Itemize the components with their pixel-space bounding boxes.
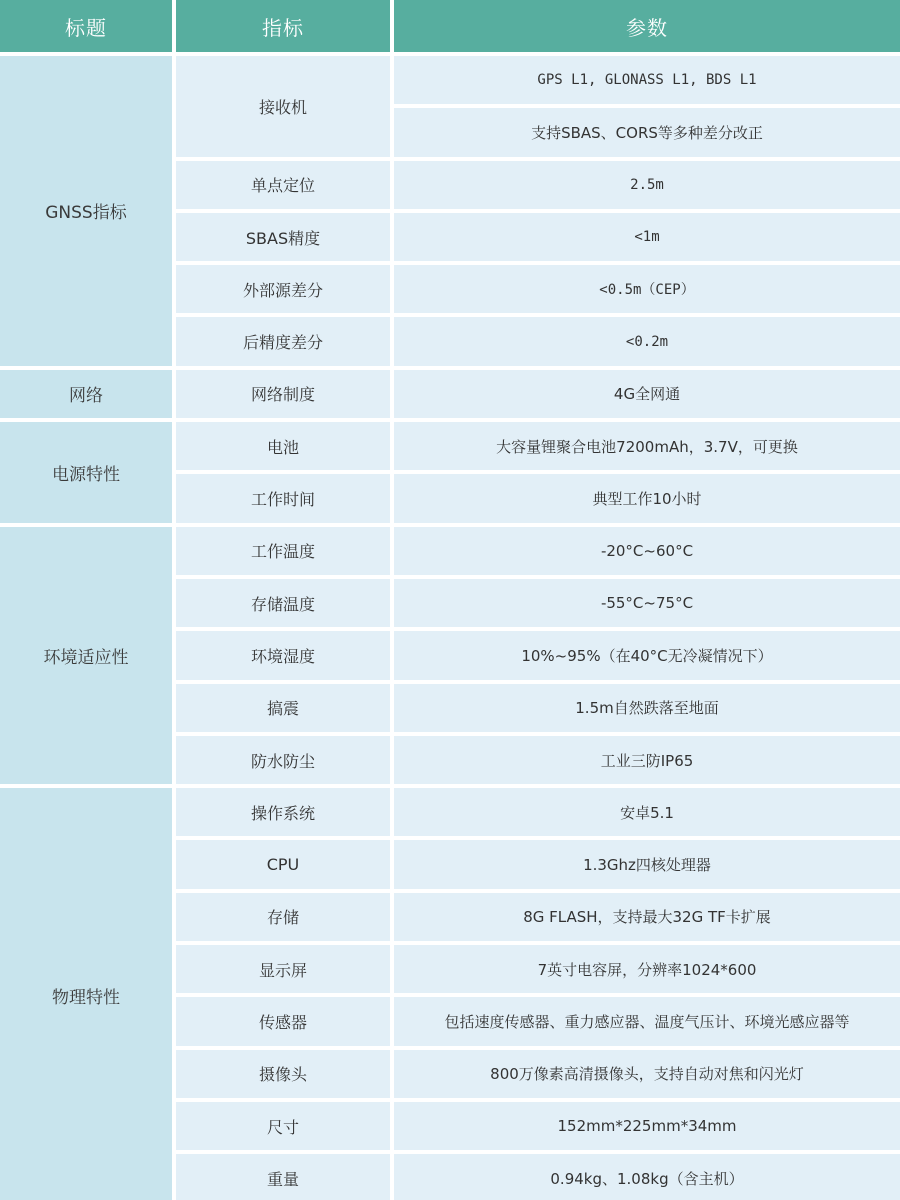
indicator-display: 显示屏: [176, 945, 390, 993]
indicator-storage: 存储: [176, 893, 390, 941]
indicator-dimensions: 尺寸: [176, 1102, 390, 1150]
value-receiver-bands: GPS L1, GLONASS L1, BDS L1: [394, 56, 900, 104]
value-dimensions: 152mm*225mm*34mm: [394, 1102, 900, 1150]
value-operating-temp: -20°C~60°C: [394, 527, 900, 575]
value-external-diff: <0.5m（CEP）: [394, 265, 900, 313]
indicator-sbas: SBAS精度: [176, 213, 390, 261]
value-os: 安卓5.1: [394, 788, 900, 836]
indicator-receiver: 接收机: [176, 56, 390, 157]
value-sbas: <1m: [394, 213, 900, 261]
value-network: 4G全网通: [394, 370, 900, 418]
spec-table: 标题 指标 参数 GNSS指标 网络 电源特性 环境适应性 物理特性 接收机 G…: [0, 0, 900, 1200]
value-cpu: 1.3Ghz四核处理器: [394, 840, 900, 888]
header-indicator: 指标: [176, 0, 390, 52]
category-physical: 物理特性: [0, 788, 172, 1200]
indicator-os: 操作系统: [176, 788, 390, 836]
indicator-waterproof: 防水防尘: [176, 736, 390, 784]
indicator-external-diff: 外部源差分: [176, 265, 390, 313]
header-parameter: 参数: [394, 0, 900, 52]
indicator-camera: 摄像头: [176, 1050, 390, 1098]
indicator-work-time: 工作时间: [176, 474, 390, 522]
value-single-point: 2.5m: [394, 161, 900, 209]
indicator-shock: 搞震: [176, 684, 390, 732]
value-camera: 800万像素高清摄像头，支持自动对焦和闪光灯: [394, 1050, 900, 1098]
value-waterproof: 工业三防IP65: [394, 736, 900, 784]
value-post-diff: <0.2m: [394, 317, 900, 365]
indicator-single-point: 单点定位: [176, 161, 390, 209]
value-work-time: 典型工作10小时: [394, 474, 900, 522]
indicator-operating-temp: 工作温度: [176, 527, 390, 575]
value-weight: 0.94kg、1.08kg（含主机）: [394, 1154, 900, 1200]
value-storage-temp: -55°C~75°C: [394, 579, 900, 627]
indicator-humidity: 环境湿度: [176, 631, 390, 679]
indicator-weight: 重量: [176, 1154, 390, 1200]
value-display: 7英寸电容屏，分辨率1024*600: [394, 945, 900, 993]
value-battery: 大容量锂聚合电池7200mAh，3.7V，可更换: [394, 422, 900, 470]
indicator-battery: 电池: [176, 422, 390, 470]
value-humidity: 10%~95%（在40°C无冷凝情况下）: [394, 631, 900, 679]
category-environment: 环境适应性: [0, 527, 172, 784]
value-storage: 8G FLASH，支持最大32G TF卡扩展: [394, 893, 900, 941]
indicator-cpu: CPU: [176, 840, 390, 888]
category-network: 网络: [0, 370, 172, 418]
indicator-network: 网络制度: [176, 370, 390, 418]
indicator-post-diff: 后精度差分: [176, 317, 390, 365]
indicator-sensors: 传感器: [176, 997, 390, 1045]
category-gnss: GNSS指标: [0, 56, 172, 366]
value-shock: 1.5m自然跌落至地面: [394, 684, 900, 732]
value-receiver-correction: 支持SBAS、CORS等多种差分改正: [394, 108, 900, 156]
category-power: 电源特性: [0, 422, 172, 523]
indicator-storage-temp: 存储温度: [176, 579, 390, 627]
value-sensors: 包括速度传感器、重力感应器、温度气压计、环境光感应器等: [394, 997, 900, 1045]
header-title: 标题: [0, 0, 172, 52]
